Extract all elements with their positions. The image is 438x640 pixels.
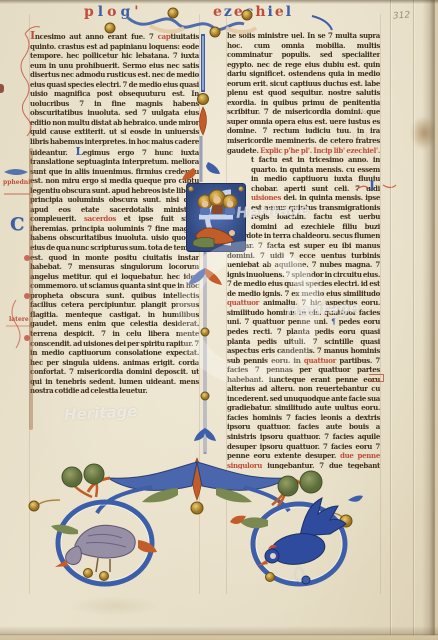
initial-miniature [186,183,246,252]
running-title-right: ezechiel [213,5,293,19]
right-bird-medallion [230,471,363,584]
running-title-left: plog' [84,5,143,19]
chapter-numeral: I [369,179,375,194]
pencil-note: ullo [356,109,367,116]
margin-gloss-mid: latere [9,316,29,323]
margin-gloss-top: pphedni [3,179,30,186]
page-edge-right [422,0,438,640]
page-crease [413,0,414,640]
ghost-numeral: IIII [352,131,369,140]
ruling-line [380,14,381,594]
text-column-right: he solis ministre uel. In se 7 multa sup… [227,31,380,469]
margin-paragraph-initial: C [10,214,24,235]
edge-mark [0,84,4,93]
page-edge-top [0,0,438,4]
red-margin-mark [369,374,384,382]
manuscript-page: plog' ezechiel Incesimo aut anno erant f… [0,0,438,640]
page-crease [390,0,391,640]
ruling-line [199,14,200,594]
folio-number-pencil: 312 [393,10,411,21]
parchment-stain [70,596,160,616]
text-column-left: Incesimo aut anno erant fue. 7 captiuita… [30,31,199,469]
illuminated-initial-e [186,183,246,252]
page-edge-bottom [0,626,438,640]
left-bird-medallion [29,464,157,584]
